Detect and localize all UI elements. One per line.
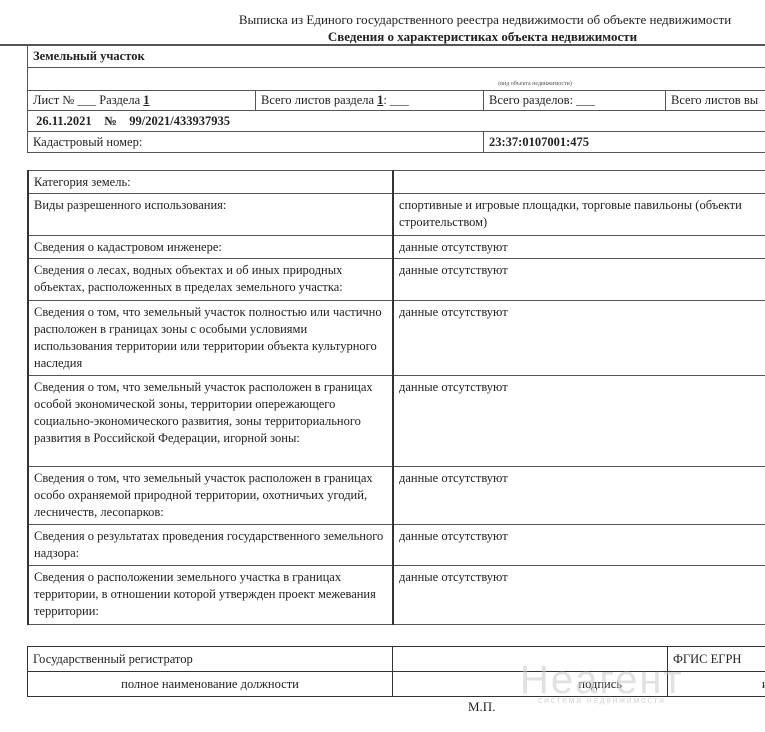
table-row: Сведения о расположении земельного участ…	[28, 566, 765, 625]
signature-caption: подпись	[393, 672, 668, 697]
extract-number: 99/2021/433937935	[129, 114, 230, 128]
total-sheets-suffix: : ___	[383, 93, 408, 107]
object-type-caption: (вид объекта недвижимости)	[28, 68, 765, 91]
section-number: 1	[143, 93, 149, 107]
table-row: Сведения о том, что земельный участок по…	[28, 301, 765, 376]
object-header-table: Земельный участок (вид объекта недвижимо…	[27, 45, 765, 153]
characteristics-table: Категория земель: Виды разрешенного испо…	[27, 170, 765, 625]
sheet-number-cell: Лист № ___ Раздела 1	[28, 91, 256, 111]
sheet-label: Лист № ___ Раздела	[33, 93, 140, 107]
table-row: Сведения о том, что земельный участок ра…	[28, 467, 765, 525]
row-value: спортивные и игровые площадки, торговые …	[393, 194, 765, 236]
row-label: Сведения о лесах, водных объектах и об и…	[28, 259, 393, 301]
table-row: Виды разрешенного использования: спортив…	[28, 194, 765, 236]
table-row: Сведения о кадастровом инженере: данные …	[28, 236, 765, 259]
number-sign: №	[104, 114, 117, 128]
system-label: ФГИС ЕГРН	[668, 647, 765, 672]
table-row: Сведения о лесах, водных объектах и об и…	[28, 259, 765, 301]
row-label: Сведения о том, что земельный участок ра…	[28, 467, 393, 525]
table-row: Категория земель:	[28, 171, 765, 194]
row-value: данные отсутствуют	[393, 236, 765, 259]
row-value-line2: строительством)	[399, 215, 487, 229]
row-value: данные отсутствуют	[393, 467, 765, 525]
object-type: Земельный участок	[28, 46, 765, 68]
row-label: Сведения о результатах проведения госуда…	[28, 525, 393, 566]
row-label: Сведения о расположении земельного участ…	[28, 566, 393, 625]
row-value: данные отсутствуют	[393, 376, 765, 467]
row-label: Виды разрешенного использования:	[28, 194, 393, 236]
row-value	[393, 171, 765, 194]
row-label: Сведения о том, что земельный участок ра…	[28, 376, 393, 467]
cadastral-label: Кадастровый номер:	[28, 132, 484, 153]
row-value-line1: спортивные и игровые площадки, торговые …	[399, 198, 742, 212]
row-value: данные отсутствуют	[393, 301, 765, 376]
row-label: Сведения о кадастровом инженере:	[28, 236, 393, 259]
document-title: Выписка из Единого государственного реес…	[0, 12, 765, 28]
position-caption: полное наименование должности	[28, 672, 393, 697]
registrar-table: Государственный регистратор ФГИС ЕГРН по…	[27, 646, 765, 697]
table-row: Сведения о том, что земельный участок ра…	[28, 376, 765, 467]
signature-field	[393, 647, 668, 672]
row-value: данные отсутствуют	[393, 525, 765, 566]
table-row: Сведения о результатах проведения госуда…	[28, 525, 765, 566]
initials-caption: ини	[668, 672, 765, 697]
row-value: данные отсутствуют	[393, 259, 765, 301]
extract-date-number: 26.11.2021 № 99/2021/433937935	[28, 111, 765, 132]
row-label: Категория земель:	[28, 171, 393, 194]
total-sheets-extract: Всего листов вы	[666, 91, 765, 111]
total-sheets-section-cell: Всего листов раздела 1: ___	[256, 91, 484, 111]
stamp-placeholder: М.П.	[468, 699, 495, 715]
cadastral-number: 23:37:0107001:475	[484, 132, 765, 153]
row-label: Сведения о том, что земельный участок по…	[28, 301, 393, 376]
document-subtitle: Сведения о характеристиках объекта недви…	[0, 29, 765, 45]
registrar-label: Государственный регистратор	[28, 647, 393, 672]
extract-date: 26.11.2021	[36, 114, 92, 128]
total-sections: Всего разделов: ___	[484, 91, 666, 111]
row-value: данные отсутствуют	[393, 566, 765, 625]
total-sheets-label: Всего листов раздела	[261, 93, 374, 107]
